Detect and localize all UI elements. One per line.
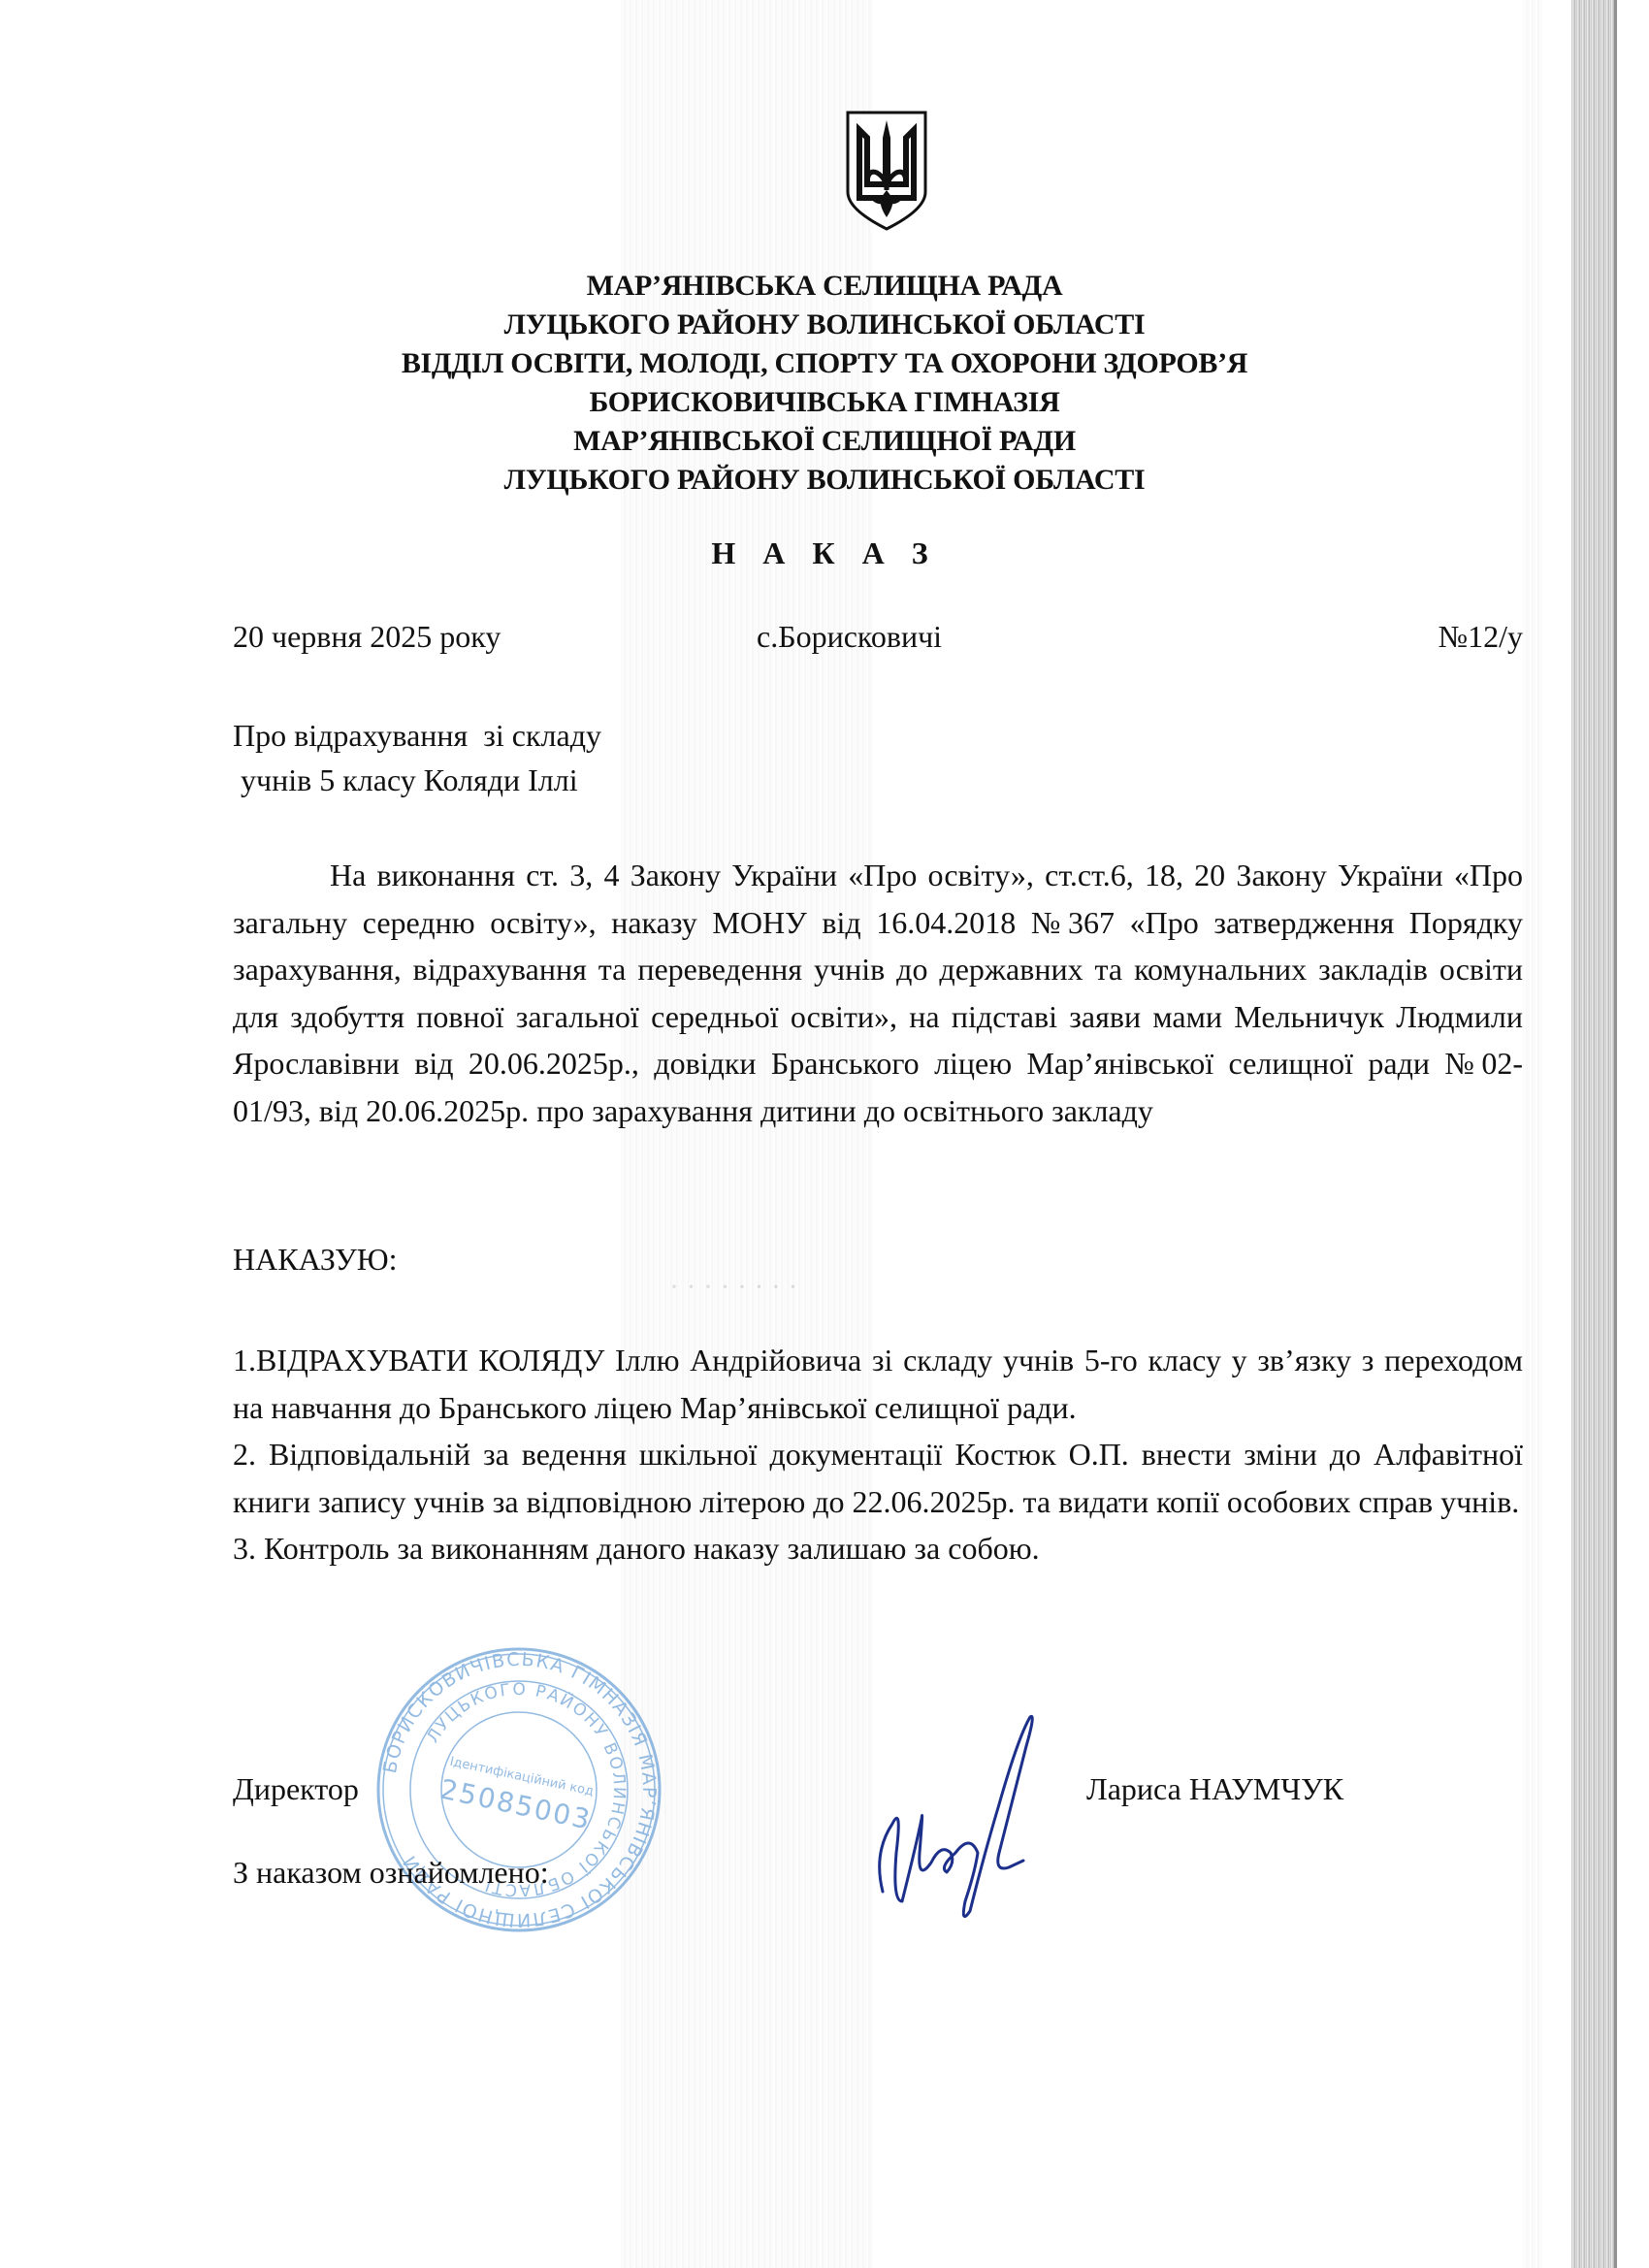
institution-header: МАР’ЯНІВСЬКА СЕЛИЩНА РАДА ЛУЦЬКОГО РАЙОН… [0, 267, 1649, 500]
acquainted-label: З наказом ознайомлено: [233, 1855, 549, 1891]
header-line: ЛУЦЬКОГО РАЙОНУ ВОЛИНСЬКОЇ ОБЛАСТІ [0, 306, 1649, 344]
handwritten-signature [863, 1707, 1115, 1930]
header-line: БОРИСКОВИЧІВСЬКА ГІМНАЗІЯ [0, 383, 1649, 422]
official-stamp: БОРИСКОВИЧІВСЬКА ГІМНАЗІЯ МАР’ЯНІВСЬКОЇ … [373, 1644, 664, 1935]
trident-coat-of-arms-icon [844, 109, 929, 233]
document-title: Н А К А З [0, 535, 1649, 571]
order-subject: Про відрахування зі складу учнів 5 класу… [233, 713, 601, 802]
subject-line: учнів 5 класу Коляди Іллі [233, 758, 601, 802]
header-line: МАР’ЯНІВСЬКА СЕЛИЩНА РАДА [0, 267, 1649, 306]
signer-position: Директор [233, 1771, 359, 1807]
header-line: ВІДДІЛ ОСВІТИ, МОЛОДІ, СПОРТУ ТА ОХОРОНИ… [0, 344, 1649, 383]
order-number: №12/у [1439, 619, 1523, 655]
bleed-through-text: · · · · · · · · [669, 1271, 797, 1304]
header-line: МАР’ЯНІВСЬКОЇ СЕЛИЩНОЇ РАДИ [0, 422, 1649, 461]
order-place: с.Борисковичі [757, 619, 942, 655]
signer-name: Лариса НАУМЧУК [1086, 1771, 1343, 1807]
order-date: 20 червня 2025 року [233, 619, 501, 655]
order-meta: 20 червня 2025 року с.Борисковичі №12/у [233, 619, 1523, 662]
header-line: ЛУЦЬКОГО РАЙОНУ ВОЛИНСЬКОЇ ОБЛАСТІ [0, 461, 1649, 500]
decree-item: 2. Відповідальній за ведення шкільної до… [233, 1431, 1523, 1525]
decree-item: 1.ВІДРАХУВАТИ КОЛЯДУ Іллю Андрійовича зі… [233, 1337, 1523, 1431]
decree-items: 1.ВІДРАХУВАТИ КОЛЯДУ Іллю Андрійовича зі… [233, 1337, 1523, 1572]
subject-line: Про відрахування зі складу [233, 713, 601, 758]
decree-label: НАКАЗУЮ: [233, 1242, 398, 1278]
decree-item: 3. Контроль за виконанням даного наказу … [233, 1525, 1523, 1572]
preamble-paragraph: На виконання ст. 3, 4 Закону України «Пр… [233, 852, 1523, 1134]
